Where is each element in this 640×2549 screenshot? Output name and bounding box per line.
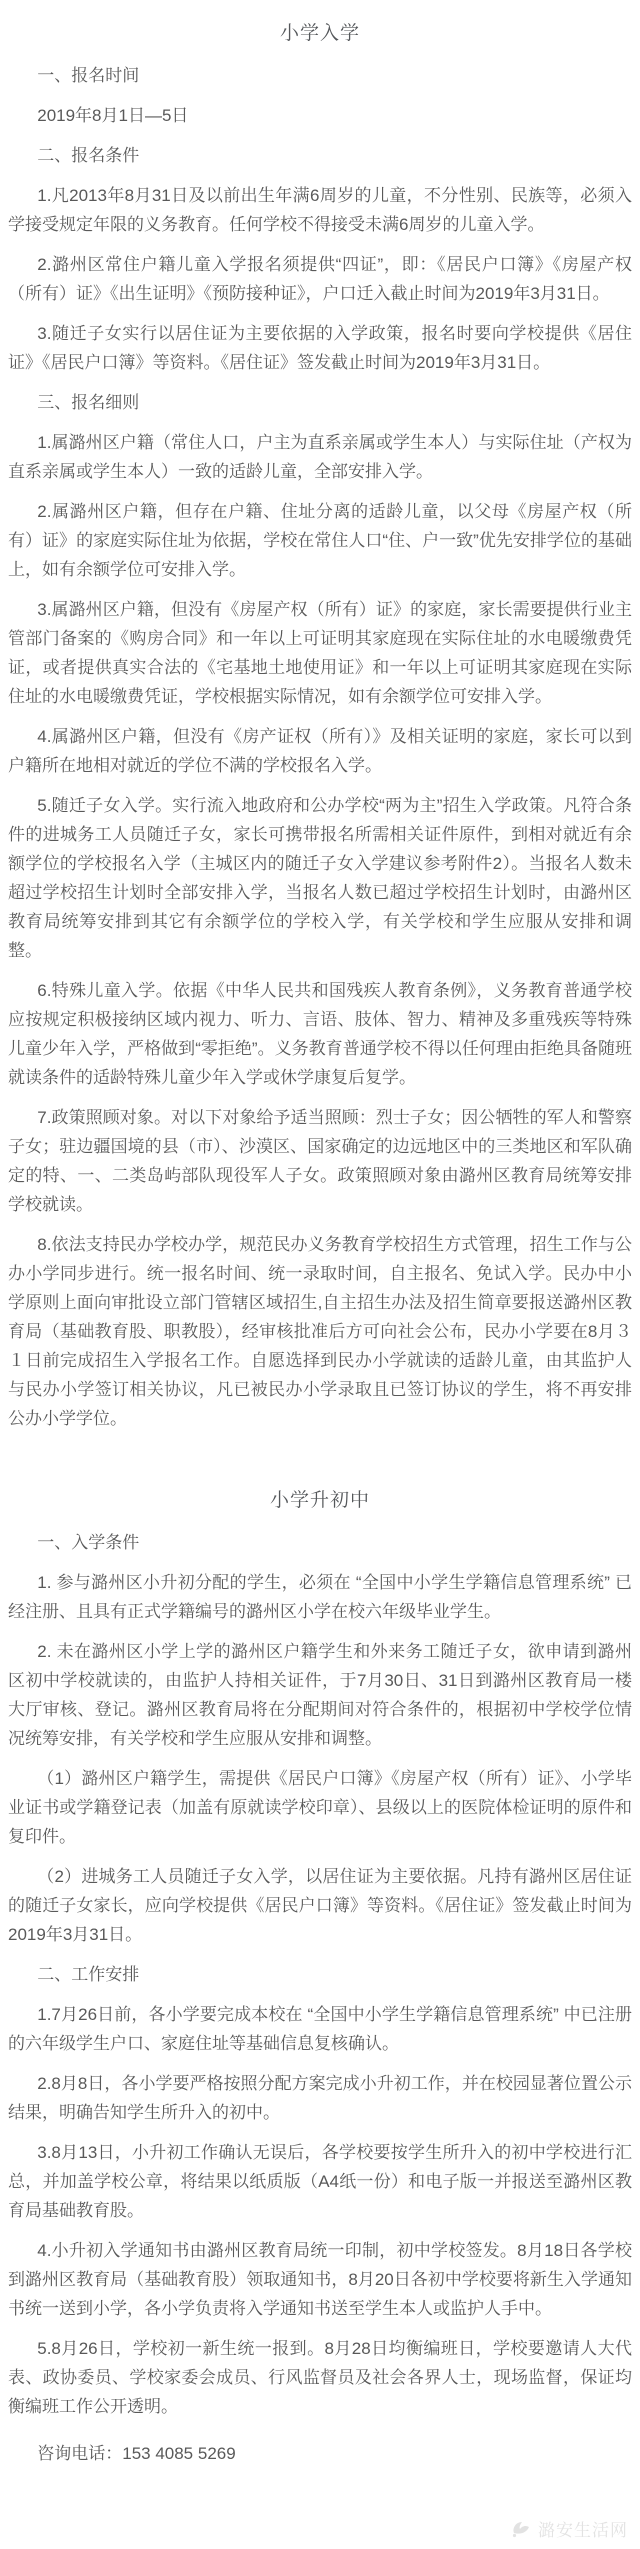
paragraph: （1）潞州区户籍学生，需提供《居民户口簿》《房屋产权（所有）证》、小学毕业证书或… <box>8 1764 632 1851</box>
paragraph: 二、工作安排 <box>8 1960 632 1989</box>
paragraph: 7.政策照顾对象。对以下对象给予适当照顾：烈士子女；因公牺牲的军人和警察子女；驻… <box>8 1103 632 1219</box>
article-body: 小学入学一、报名时间2019年8月1日—5日二、报名条件1.凡2013年8月31… <box>8 18 632 2421</box>
paragraph: 2019年8月1日—5日 <box>8 101 632 130</box>
watermark: 潞安生活网 <box>510 2516 628 2541</box>
paragraph: 1.凡2013年8月31日及以前出生年满6周岁的儿童，不分性别、民族等，必须入学… <box>8 181 632 239</box>
section-title: 小学升初中 <box>8 1485 632 1512</box>
watermark-logo-icon <box>510 2519 532 2539</box>
paragraph: 一、报名时间 <box>8 61 632 90</box>
paragraph: （2）进城务工人员随迁子女入学，以居住证为主要依据。凡持有潞州区居住证的随迁子女… <box>8 1862 632 1949</box>
paragraph: 1. 参与潞州区小升初分配的学生，必须在 “全国中小学生学籍信息管理系统” 已经… <box>8 1568 632 1626</box>
paragraph: 5.8月26日，学校初一新生统一报到。8月28日均衡编班日，学校要邀请人大代表、… <box>8 2334 632 2421</box>
paragraph: 2. 未在潞州区小学上学的潞州区户籍学生和外来务工随迁子女，欲申请到潞州区初中学… <box>8 1637 632 1753</box>
article-page: 小学入学一、报名时间2019年8月1日—5日二、报名条件1.凡2013年8月31… <box>0 0 640 2549</box>
paragraph: 三、报名细则 <box>8 388 632 417</box>
paragraph: 1.7月26日前，各小学要完成本校在 “全国中小学生学籍信息管理系统” 中已注册… <box>8 2000 632 2058</box>
paragraph: 2.8月8日，各小学要严格按照分配方案完成小升初工作，并在校园显著位置公示结果，… <box>8 2069 632 2127</box>
paragraph: 1.属潞州区户籍（常住人口，户主为直系亲属或学生本人）与实际住址（产权为直系亲属… <box>8 428 632 486</box>
paragraph: 5.随迁子女入学。实行流入地政府和公办学校“两为主”招生入学政策。凡符合条件的进… <box>8 791 632 965</box>
paragraph: 一、入学条件 <box>8 1528 632 1557</box>
paragraph: 2.属潞州区户籍，但存在户籍、住址分离的适龄儿童，以父母《房屋产权（所有）证》的… <box>8 497 632 584</box>
paragraph: 4.小升初入学通知书由潞州区教育局统一印制，初中学校签发。8月18日各学校到潞州… <box>8 2236 632 2323</box>
paragraph: 3.8月13日，小升初工作确认无误后，各学校要按学生所升入的初中学校进行汇总，并… <box>8 2138 632 2225</box>
watermark-text: 潞安生活网 <box>538 2516 628 2541</box>
section-title: 小学入学 <box>8 18 632 45</box>
paragraph: 4.属潞州区户籍，但没有《房产证权（所有）》及相关证明的家庭，家长可以到户籍所在… <box>8 722 632 780</box>
paragraph: 3.属潞州区户籍，但没有《房屋产权（所有）证》的家庭，家长需要提供行业主管部门备… <box>8 595 632 711</box>
paragraph: 8.依法支持民办学校办学，规范民办义务教育学校招生方式管理，招生工作与公办小学同… <box>8 1230 632 1433</box>
paragraph: 2.潞州区常住户籍儿童入学报名须提供“四证”，即：《居民户口簿》《房屋产权（所有… <box>8 250 632 308</box>
paragraph: 3.随迁子女实行以居住证为主要依据的入学政策，报名时要向学校提供《居住证》《居民… <box>8 319 632 377</box>
contact-phone: 咨询电话：153 4085 5269 <box>8 2439 632 2468</box>
paragraph: 6.特殊儿童入学。依据《中华人民共和国残疾人教育条例》，义务教育普通学校应按规定… <box>8 976 632 1092</box>
paragraph: 二、报名条件 <box>8 141 632 170</box>
